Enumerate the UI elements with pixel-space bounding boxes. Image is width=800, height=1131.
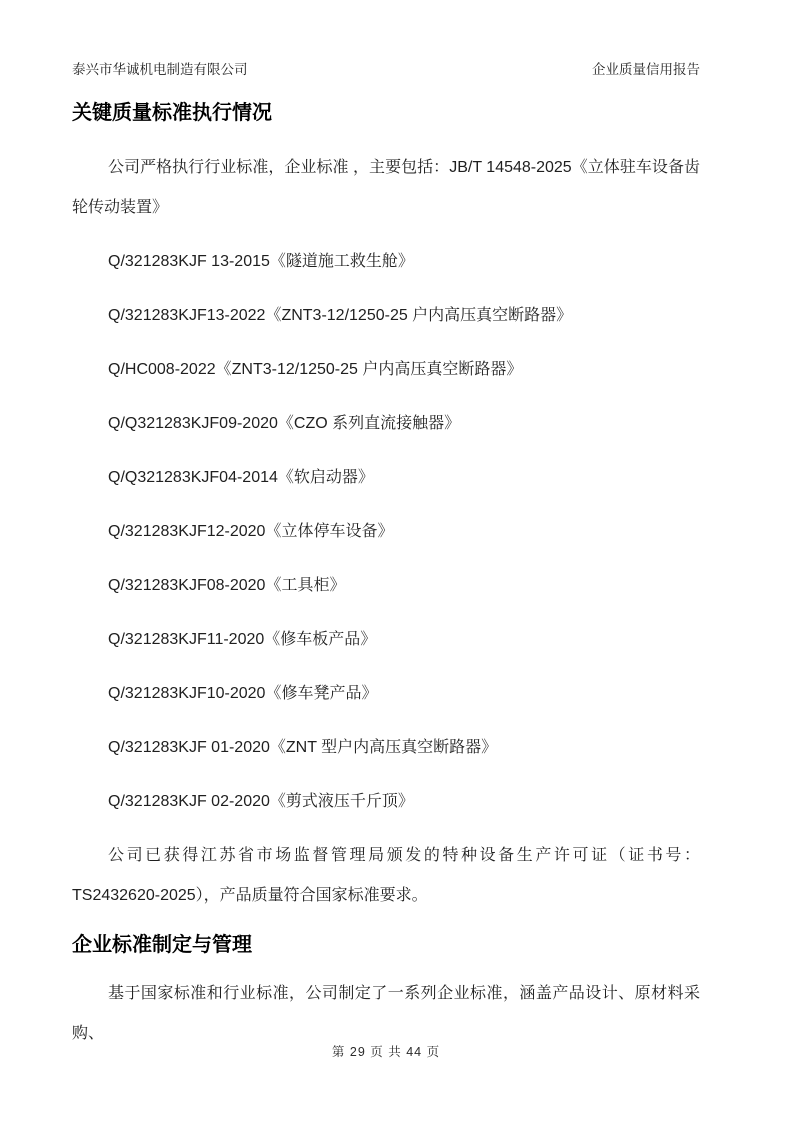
standard-item: Q/321283KJF 02-2020《剪式液压千斤顶》 <box>72 782 700 822</box>
license-paragraph: 公司已获得江苏省市场监督管理局颁发的特种设备生产许可证（证书号：TS243262… <box>72 836 700 916</box>
standard-item: Q/321283KJF10-2020《修车凳产品》 <box>72 674 700 714</box>
standard-item: Q/321283KJF 01-2020《ZNT 型户内高压真空断路器》 <box>72 728 700 768</box>
header-company-name: 泰兴市华诚机电制造有限公司 <box>72 61 248 78</box>
document-page: 泰兴市华诚机电制造有限公司 企业质量信用报告 关键质量标准执行情况 公司严格执行… <box>0 0 800 1131</box>
standard-item: Q/321283KJF08-2020《工具柜》 <box>72 566 700 606</box>
page-header: 泰兴市华诚机电制造有限公司 企业质量信用报告 <box>72 61 700 78</box>
page-footer: 第 29 页 共 44 页 <box>72 1044 700 1060</box>
header-report-title: 企业质量信用报告 <box>592 61 700 78</box>
standard-item: Q/321283KJF 13-2015《隧道施工救生舱》 <box>72 242 700 282</box>
standards-intro-paragraph: 公司严格执行行业标准，企业标准 ，主要包括：JB/T 14548-2025《立体… <box>72 148 700 228</box>
standard-item: Q/HC008-2022《ZNT3-12/1250-25 户内高压真空断路器》 <box>72 350 700 390</box>
standards-list: Q/321283KJF 13-2015《隧道施工救生舱》Q/321283KJF1… <box>72 242 700 822</box>
standard-item: Q/321283KJF11-2020《修车板产品》 <box>72 620 700 660</box>
enterprise-standards-intro-paragraph: 基于国家标准和行业标准，公司制定了一系列企业标准，涵盖产品设计、原材料采购、 <box>72 974 700 1054</box>
document-body: 关键质量标准执行情况 公司严格执行行业标准，企业标准 ，主要包括：JB/T 14… <box>72 100 700 1068</box>
standard-item: Q/Q321283KJF09-2020《CZO 系列直流接触器》 <box>72 404 700 444</box>
standard-item: Q/321283KJF13-2022《ZNT3-12/1250-25 户内高压真… <box>72 296 700 336</box>
section-title-enterprise-standards: 企业标准制定与管理 <box>72 932 700 958</box>
section-title-key-standards: 关键质量标准执行情况 <box>72 100 700 126</box>
standard-item: Q/321283KJF12-2020《立体停车设备》 <box>72 512 700 552</box>
standard-item: Q/Q321283KJF04-2014《软启动器》 <box>72 458 700 498</box>
page-number-indicator: 第 29 页 共 44 页 <box>332 1045 440 1059</box>
